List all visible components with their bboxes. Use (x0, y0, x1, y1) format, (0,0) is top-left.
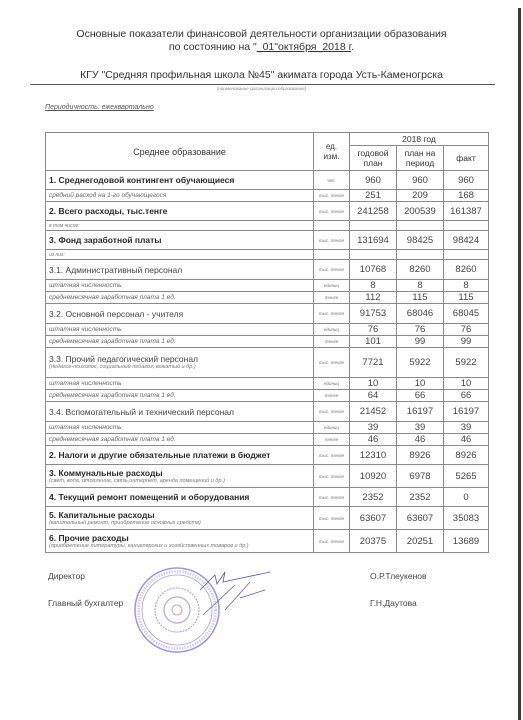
table-row: 3.4. Вспомогательный и технический персо… (46, 402, 489, 422)
table-row: в том числе: (46, 221, 489, 231)
row-period-plan: 10 (397, 378, 444, 390)
row-label-cell: штатная численность (46, 422, 314, 434)
row-fact: 35083 (444, 507, 489, 530)
row-unit: тенге (314, 292, 350, 304)
row-fact: 66 (444, 390, 489, 402)
row-unit: единиц (314, 280, 350, 292)
row-label-cell: среднемесячная заработная плата 1 ед. (46, 390, 314, 402)
row-fact (444, 250, 489, 260)
table-row: среднемесячная заработная плата 1 ед.тен… (46, 434, 489, 446)
row-period-plan: 115 (397, 292, 444, 304)
row-label: 6. Прочие расходы (49, 533, 310, 543)
row-fact (444, 221, 489, 231)
row-period-plan: 2352 (397, 488, 444, 507)
table-row: 4. Текущий ремонт помещений и оборудован… (46, 488, 489, 507)
row-fact: 115 (444, 292, 489, 304)
row-annual-plan: 131694 (350, 231, 397, 250)
row-period-plan: 8260 (397, 260, 444, 280)
accountant-name: Г.Н.Даутова (370, 598, 417, 608)
row-label: 3.2. Основной персонал - учителя (49, 309, 310, 319)
row-period-plan: 209 (397, 190, 444, 202)
table-row: среднемесячная заработная плата 1 ед.тен… (46, 292, 489, 304)
table-row: 3.3. Прочий педагогический персонал(педа… (46, 348, 489, 378)
row-annual-plan: 8 (350, 280, 397, 292)
organization-underline (30, 84, 495, 85)
row-unit: тыс. тенге (314, 530, 350, 553)
signature-scribble (195, 570, 285, 620)
row-period-plan: 39 (397, 422, 444, 434)
table-row: среднемесячная заработная плата 1 ед.тен… (46, 390, 489, 402)
row-period-plan: 16197 (397, 402, 444, 422)
row-unit: тыс. тенге (314, 348, 350, 378)
row-annual-plan: 251 (350, 190, 397, 202)
table-row: среднемесячная заработная плата 1 ед.тен… (46, 336, 489, 348)
row-label-cell: средний расход на 1-го обучающегося (46, 190, 314, 202)
row-label-cell: штатная численность (46, 378, 314, 390)
col-header-unit: ед. изм. (314, 133, 350, 171)
row-label-cell: 3.2. Основной персонал - учителя (46, 304, 314, 324)
document-title: Основные показатели финансовой деятельно… (0, 28, 523, 40)
row-annual-plan: 10 (350, 378, 397, 390)
row-label-cell: из них: (46, 250, 314, 260)
row-period-plan: 200539 (397, 202, 444, 221)
financial-table: Среднее образование ед. изм. 2018 год го… (45, 132, 489, 553)
row-unit: тыс. тенге (314, 304, 350, 324)
row-label: из них: (49, 252, 310, 258)
row-label-cell: 5. Капитальные расходы(капитальный ремон… (46, 507, 314, 530)
row-unit: тыс. тенге (314, 402, 350, 422)
row-label: 3. Коммунальные расходы (49, 468, 310, 478)
row-label-cell: среднемесячная заработная плата 1 ед. (46, 336, 314, 348)
row-label: 1. Среднегодовой контингент обучающиеся (49, 175, 310, 185)
row-label-cell: 1. Среднегодовой контингент обучающиеся (46, 171, 314, 190)
table-row: 6. Прочие расходы(приобретение литератур… (46, 530, 489, 553)
col-header-period-plan: план на период (397, 146, 444, 171)
row-period-plan: 5922 (397, 348, 444, 378)
row-label: 3.4. Вспомогательный и технический персо… (49, 407, 310, 417)
row-unit: тенге (314, 434, 350, 446)
row-annual-plan: 10768 (350, 260, 397, 280)
row-fact: 13689 (444, 530, 489, 553)
row-label-cell: штатная численность (46, 324, 314, 336)
row-annual-plan: 39 (350, 422, 397, 434)
col-header-fact: факт (444, 146, 489, 171)
row-label: штатная численность (49, 380, 310, 387)
row-fact: 39 (444, 422, 489, 434)
row-fact: 10 (444, 378, 489, 390)
row-fact: 8 (444, 280, 489, 292)
row-label-cell: 3. Коммунальные расходы(свет, вода, отоп… (46, 465, 314, 488)
organization-caption: (наименование организации образования) (0, 86, 523, 91)
row-fact: 8926 (444, 446, 489, 465)
row-label-cell: 3.3. Прочий педагогический персонал(педа… (46, 348, 314, 378)
row-period-plan: 20251 (397, 530, 444, 553)
row-annual-plan: 64 (350, 390, 397, 402)
row-period-plan: 68046 (397, 304, 444, 324)
row-label-cell: 3.4. Вспомогательный и технический персо… (46, 402, 314, 422)
director-title: Директор (48, 571, 85, 581)
row-annual-plan: 91753 (350, 304, 397, 324)
row-annual-plan: 960 (350, 171, 397, 190)
row-unit (314, 221, 350, 231)
table-row: средний расход на 1-го обучающегосятыс. … (46, 190, 489, 202)
row-unit: чел. (314, 171, 350, 190)
document-date-line: по состоянию на "_01"октября_2018 г. (0, 41, 523, 53)
row-period-plan: 66 (397, 390, 444, 402)
row-label-cell: среднемесячная заработная плата 1 ед. (46, 434, 314, 446)
row-annual-plan: 63607 (350, 507, 397, 530)
table-row: 3. Коммунальные расходы(свет, вода, отоп… (46, 465, 489, 488)
row-unit: тыс. тенге (314, 190, 350, 202)
row-period-plan: 8 (397, 280, 444, 292)
row-fact: 16197 (444, 402, 489, 422)
row-label: штатная численность (49, 424, 310, 431)
row-label: 5. Капитальные расходы (49, 510, 310, 520)
date-suffix: . (351, 41, 354, 53)
row-fact: 46 (444, 434, 489, 446)
row-unit: единиц (314, 422, 350, 434)
table-row: 5. Капитальные расходы(капитальный ремон… (46, 507, 489, 530)
row-label-cell: 6. Прочие расходы(приобретение литератур… (46, 530, 314, 553)
row-fact: 5265 (444, 465, 489, 488)
row-sublabel: (приобретение литературы, канцелярских и… (49, 543, 310, 550)
row-label-cell: в том числе: (46, 221, 314, 231)
row-annual-plan: 112 (350, 292, 397, 304)
row-unit: тыс. тенге (314, 202, 350, 221)
row-label: 2. Всего расходы, тыс.тенге (49, 206, 310, 216)
row-annual-plan (350, 250, 397, 260)
row-period-plan: 99 (397, 336, 444, 348)
row-label: 3. Фонд заработной платы (49, 235, 310, 245)
table-row: из них: (46, 250, 489, 260)
row-label: среднемесячная заработная плата 1 ед. (49, 294, 310, 301)
row-fact: 68045 (444, 304, 489, 324)
row-annual-plan (350, 221, 397, 231)
row-unit: тыс. тенге (314, 231, 350, 250)
row-period-plan: 8926 (397, 446, 444, 465)
table-row: 2. Всего расходы, тыс.тенгетыс. тенге241… (46, 202, 489, 221)
row-label: 2. Налоги и другие обязательные платежи … (49, 450, 310, 460)
col-header-year: 2018 год (350, 133, 489, 146)
row-label: в том числе: (49, 223, 310, 229)
row-unit: единиц (314, 378, 350, 390)
row-period-plan: 63607 (397, 507, 444, 530)
row-period-plan: 6978 (397, 465, 444, 488)
row-fact: 161387 (444, 202, 489, 221)
row-sublabel: (педагог-психолог, социальный педагог, в… (49, 364, 310, 371)
row-annual-plan: 21452 (350, 402, 397, 422)
date-prefix: по состоянию на " (169, 41, 257, 53)
row-annual-plan: 241258 (350, 202, 397, 221)
row-fact: 0 (444, 488, 489, 507)
table-row: штатная численностьединиц101010 (46, 378, 489, 390)
row-annual-plan: 76 (350, 324, 397, 336)
row-unit: тыс. тенге (314, 465, 350, 488)
row-fact: 8260 (444, 260, 489, 280)
row-label: среднемесячная заработная плата 1 ед. (49, 436, 310, 443)
table-row: 3. Фонд заработной платытыс. тенге131694… (46, 231, 489, 250)
row-unit: тыс. тенге (314, 260, 350, 280)
row-annual-plan: 12310 (350, 446, 397, 465)
row-period-plan: 76 (397, 324, 444, 336)
row-label-cell: 2. Всего расходы, тыс.тенге (46, 202, 314, 221)
row-label: штатная численность (49, 282, 310, 289)
row-label-cell: 3. Фонд заработной платы (46, 231, 314, 250)
row-annual-plan: 7721 (350, 348, 397, 378)
row-label: 4. Текущий ремонт помещений и оборудован… (49, 492, 310, 502)
table-row: 1. Среднегодовой контингент обучающиесяч… (46, 171, 489, 190)
row-annual-plan: 10920 (350, 465, 397, 488)
table-row: 2. Налоги и другие обязательные платежи … (46, 446, 489, 465)
row-fact: 960 (444, 171, 489, 190)
table-row: штатная численностьединиц393939 (46, 422, 489, 434)
row-fact: 99 (444, 336, 489, 348)
row-unit: тыс. тенге (314, 488, 350, 507)
row-fact: 76 (444, 324, 489, 336)
row-unit: единиц (314, 324, 350, 336)
row-label-cell: штатная численность (46, 280, 314, 292)
row-label-cell: среднемесячная заработная плата 1 ед. (46, 292, 314, 304)
row-unit: тенге (314, 336, 350, 348)
row-label: штатная численность (49, 326, 310, 333)
table-row: штатная численностьединиц767676 (46, 324, 489, 336)
row-annual-plan: 20375 (350, 530, 397, 553)
row-period-plan (397, 221, 444, 231)
col-header-annual-plan: годовой план (350, 146, 397, 171)
accountant-title: Главный бухгалтер (48, 598, 123, 608)
row-period-plan: 98425 (397, 231, 444, 250)
row-period-plan: 960 (397, 171, 444, 190)
periodicity: Периодичность: ежеквартально (45, 104, 154, 111)
row-sublabel: (свет, вода, отопление, связь,интернет, … (49, 478, 310, 485)
report-date: _01"октября_2018 г (257, 41, 351, 53)
row-annual-plan: 2352 (350, 488, 397, 507)
row-fact: 5922 (444, 348, 489, 378)
row-label-cell: 2. Налоги и другие обязательные платежи … (46, 446, 314, 465)
row-unit: тенге (314, 390, 350, 402)
row-sublabel: (капитальный ремонт, приобретение основн… (49, 520, 310, 527)
organization-name: КГУ "Средняя профильная школа №45" акима… (0, 69, 523, 81)
row-label: среднемесячная заработная плата 1 ед. (49, 338, 310, 345)
scan-edge-border (518, 8, 521, 720)
table-row: 3.1. Административный персоналтыс. тенге… (46, 260, 489, 280)
row-label: 3.3. Прочий педагогический персонал (49, 354, 310, 364)
row-period-plan: 46 (397, 434, 444, 446)
row-label-cell: 4. Текущий ремонт помещений и оборудован… (46, 488, 314, 507)
table-row: 3.2. Основной персонал - учителятыс. тен… (46, 304, 489, 324)
row-label-cell: 3.1. Административный персонал (46, 260, 314, 280)
table-row: штатная численностьединиц888 (46, 280, 489, 292)
director-name: О.Р.Тлеукенов (370, 571, 427, 581)
row-label: среднемесячная заработная плата 1 ед. (49, 392, 310, 399)
row-unit: тыс. тенге (314, 507, 350, 530)
row-unit: тыс. тенге (314, 446, 350, 465)
row-label: 3.1. Административный персонал (49, 265, 310, 275)
col-header-main: Среднее образование (46, 133, 314, 171)
row-annual-plan: 46 (350, 434, 397, 446)
row-annual-plan: 101 (350, 336, 397, 348)
row-fact: 98424 (444, 231, 489, 250)
row-fact: 168 (444, 190, 489, 202)
row-label: средний расход на 1-го обучающегося (49, 192, 310, 199)
row-unit (314, 250, 350, 260)
row-period-plan (397, 250, 444, 260)
